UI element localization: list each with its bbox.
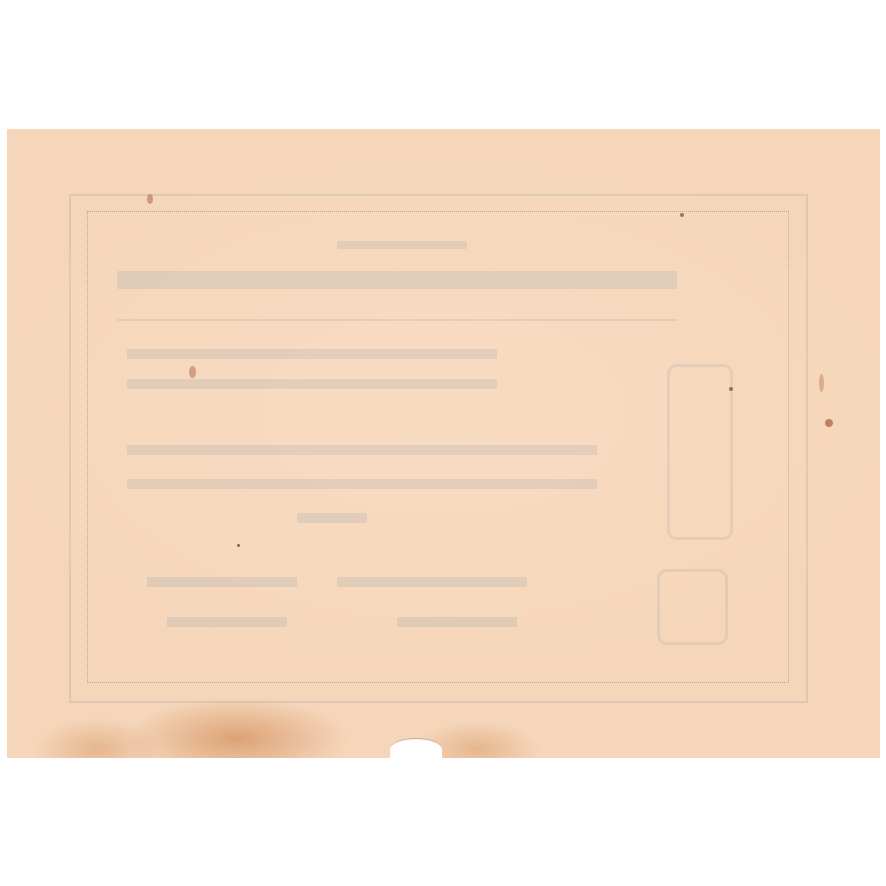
stain-spot <box>147 194 153 204</box>
show-through-text-line <box>127 479 597 489</box>
stain-spot <box>825 419 833 427</box>
show-through-title <box>117 271 677 289</box>
show-through-signature <box>167 617 287 627</box>
show-through-text-line <box>127 349 497 359</box>
show-through-text-line <box>127 445 597 455</box>
show-through-small-numeral <box>657 569 728 645</box>
show-through-text-line <box>297 513 367 523</box>
stain-spot <box>819 374 824 392</box>
show-through-text-line <box>127 379 497 389</box>
show-through-rule <box>117 319 677 321</box>
show-through-signature <box>337 577 527 587</box>
paper-note <box>7 129 880 758</box>
paper-tear <box>390 738 442 761</box>
dirt-speck <box>237 544 240 547</box>
show-through-signature <box>147 577 297 587</box>
show-through-text-line <box>337 241 467 249</box>
stain-spot <box>189 366 196 378</box>
dirt-speck <box>729 387 733 391</box>
dirt-speck <box>680 213 684 217</box>
show-through-signature <box>397 617 517 627</box>
show-through-large-numeral <box>667 364 733 540</box>
